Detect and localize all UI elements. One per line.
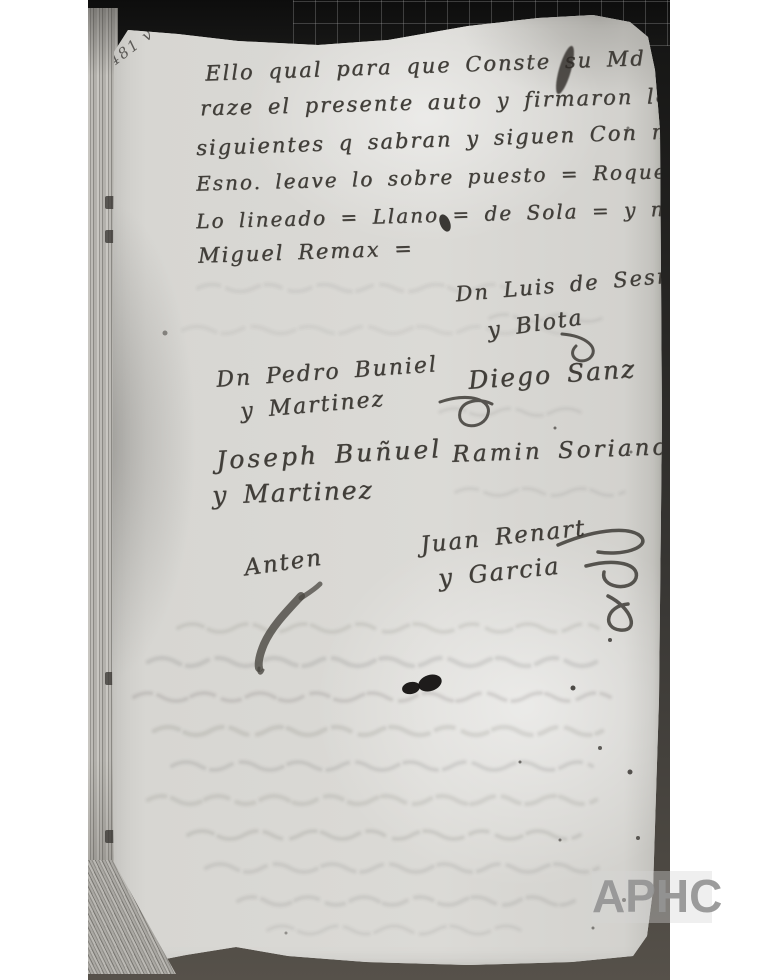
manuscript-line: raze el presente auto y firmaron los xyxy=(200,84,684,121)
aphc-watermark: APHC xyxy=(592,871,712,923)
signature-diego-sanz: Diego Sanz xyxy=(467,354,637,395)
manuscript-line: Miguel Remax = xyxy=(198,236,415,268)
signature-pedro-buniel: Dn Pedro Buniel xyxy=(215,352,438,392)
signature-luis-de-sesma: Dn Luis de Sesma xyxy=(454,262,693,307)
manuscript-line: siguientes q sabran y siguen Con mi el xyxy=(196,118,720,160)
signature-juan-renart-line2: y Garcia xyxy=(437,552,562,593)
manuscript-line: Ello qual para que Conste su Md Mando- xyxy=(205,42,753,85)
signature-pedro-buniel-line2: y Martinez xyxy=(239,387,386,425)
signature-joseph-bunuel-line2: y Martinez xyxy=(212,475,375,510)
signature-anten: Anten xyxy=(243,545,325,582)
manuscript-page: 481 v Ello qual para que Conste su Md Ma… xyxy=(88,0,670,980)
signature-joseph-bunuel: Joseph Buñuel xyxy=(215,434,442,475)
signature-sesma-rubric: y Blota xyxy=(486,305,585,343)
archival-document-scan: 481 v Ello qual para que Conste su Md Ma… xyxy=(88,0,670,980)
signature-ramin-soriano: Ramin Soriano xyxy=(452,434,670,468)
manuscript-line: Esno. leave lo sobre puesto = Roque de S… xyxy=(196,156,757,195)
signature-juan-renart: Juan Renart xyxy=(419,515,587,558)
manuscript-line: Lo lineado = Llano = de Sola = y no lo b… xyxy=(196,193,757,233)
